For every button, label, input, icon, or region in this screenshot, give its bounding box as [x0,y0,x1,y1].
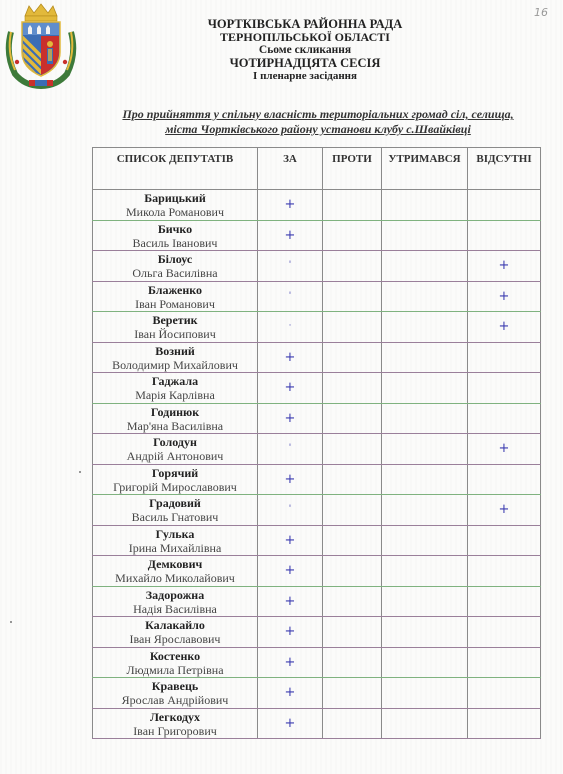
handwritten-mark: + [499,502,510,517]
table-row: ГодинюкМар'яна Василівна+ [93,403,541,434]
vote-against-cell [323,190,382,221]
vote-absent-cell [468,678,541,709]
deputy-name-cell: ГрадовийВасиль Гнатович [93,495,258,526]
vote-for-cell: + [258,586,323,617]
deputy-given-name: Ярослав Андрійович [93,693,257,707]
vote-for-cell: ' [258,434,323,465]
vote-absent-cell: + [468,495,541,526]
handwritten-mark: + [499,441,510,456]
vote-absent-cell: + [468,251,541,282]
deputy-surname: Барицький [93,190,257,205]
vote-against-cell [323,647,382,678]
vote-absent-cell [468,342,541,373]
vote-absent-cell [468,220,541,251]
handwritten-mark: + [285,533,296,548]
deputy-name-cell: КалакайлоІван Ярославович [93,617,258,648]
vote-against-cell [323,434,382,465]
vote-against-cell [323,708,382,739]
table-row: КравецьЯрослав Андрійович+ [93,678,541,709]
deputy-surname: Голодун [93,434,257,449]
handwritten-mark: ' [289,291,291,301]
handwritten-mark: + [285,380,296,395]
handwritten-mark: + [285,472,296,487]
handwritten-mark: + [285,228,296,243]
handwritten-mark: · [289,321,292,331]
table-row: ДемковичМихайло Миколайович+ [93,556,541,587]
vote-against-cell [323,556,382,587]
vote-for-cell: + [258,464,323,495]
vote-abstained-cell [382,403,468,434]
deputy-surname: Блаженко [93,282,257,297]
handwritten-mark: + [285,563,296,578]
deputy-given-name: Володимир Михайлович [93,358,257,372]
deputy-given-name: Іван Романович [93,297,257,311]
deputy-given-name: Марія Карлівна [93,388,257,402]
deputy-name-cell: ЛегкодухІван Григорович [93,708,258,739]
handwritten-mark: ' [289,443,291,453]
deputy-given-name: Василь Іванович [93,236,257,250]
handwritten-mark: + [499,258,510,273]
vote-absent-cell [468,464,541,495]
vote-against-cell [323,281,382,312]
vote-absent-cell [468,708,541,739]
vote-against-cell [323,403,382,434]
table-row: БілоусОльга Василівна'+ [93,251,541,282]
deputy-name-cell: ВеретикІван Йосипович [93,312,258,343]
vote-abstained-cell [382,708,468,739]
deputy-name-cell: ЗадорожнаНадія Василівна [93,586,258,617]
vote-absent-cell [468,403,541,434]
deputy-name-cell: КравецьЯрослав Андрійович [93,678,258,709]
table-row: БлаженкоІван Романович'+ [93,281,541,312]
vote-for-cell: + [258,190,323,221]
table-row: ГолодунАндрій Антонович'+ [93,434,541,465]
vote-absent-cell: + [468,281,541,312]
deputy-given-name: Андрій Антонович [93,449,257,463]
vote-for-cell: + [258,403,323,434]
deputy-surname: Білоус [93,251,257,266]
vote-abstained-cell [382,556,468,587]
deputy-name-cell: ВознийВолодимир Михайлович [93,342,258,373]
table-row: ГрадовийВасиль Гнатович'+ [93,495,541,526]
deputy-surname: Костенко [93,648,257,663]
vote-against-cell [323,678,382,709]
vote-abstained-cell [382,525,468,556]
deputy-name-cell: БілоусОльга Василівна [93,251,258,282]
vote-against-cell [323,617,382,648]
deputy-surname: Годинюк [93,404,257,419]
deputy-name-cell: ГорячийГригорій Мирославович [93,464,258,495]
table-row: БичкоВасиль Іванович+ [93,220,541,251]
table-row: БарицькийМикола Романович+ [93,190,541,221]
deputy-name-cell: БлаженкоІван Романович [93,281,258,312]
deputy-given-name: Ольга Василівна [93,266,257,280]
handwritten-mark: + [285,716,296,731]
vote-against-cell [323,373,382,404]
deputy-given-name: Василь Гнатович [93,510,257,524]
column-header-abstained: УТРИМАВСЯ [382,148,468,190]
deputy-surname: Легкодух [93,709,257,724]
vote-against-cell [323,495,382,526]
session-title: ЧОТИРНАДЦЯТА СЕСІЯ [150,57,460,70]
table-row: ВознийВолодимир Михайлович+ [93,342,541,373]
vote-abstained-cell [382,342,468,373]
vote-absent-cell [468,647,541,678]
handwritten-mark: + [499,289,510,304]
vote-for-cell: + [258,342,323,373]
handwritten-mark: + [285,685,296,700]
deputy-name-cell: ГаджалаМарія Карлівна [93,373,258,404]
deputy-given-name: Михайло Миколайович [93,571,257,585]
deputy-surname: Бичко [93,221,257,236]
handwritten-mark: + [285,411,296,426]
meeting-title: І пленарне засідання [150,70,460,83]
vote-for-cell: + [258,708,323,739]
vote-abstained-cell [382,586,468,617]
vote-abstained-cell [382,495,468,526]
page-number: 16 [534,6,548,19]
table-row: ГорячийГригорій Мирославович+ [93,464,541,495]
vote-absent-cell [468,373,541,404]
vote-abstained-cell [382,647,468,678]
vote-for-cell: + [258,373,323,404]
deputy-given-name: Іван Ярославович [93,632,257,646]
handwritten-mark: ' [289,504,291,514]
vote-for-cell: ' [258,251,323,282]
handwritten-mark: + [285,350,296,365]
vote-for-cell: ' [258,495,323,526]
table-header-row: СПИСОК ДЕПУТАТІВ ЗА ПРОТИ УТРИМАВСЯ ВІДС… [93,148,541,190]
region-name: ТЕРНОПІЛЬСЬКОЇ ОБЛАСТІ [150,31,460,44]
vote-absent-cell: + [468,312,541,343]
deputy-name-cell: ДемковичМихайло Миколайович [93,556,258,587]
deputy-name-cell: БичкоВасиль Іванович [93,220,258,251]
deputy-name-cell: КостенкоЛюдмила Петрівна [93,647,258,678]
coat-of-arms-icon [3,2,79,90]
vote-against-cell [323,220,382,251]
vote-for-cell: + [258,525,323,556]
vote-abstained-cell [382,617,468,648]
subject-line-1: Про прийняття у спільну власність терито… [96,107,540,122]
vote-for-cell: ' [258,281,323,312]
deputy-given-name: Іван Йосипович [93,327,257,341]
vote-abstained-cell [382,678,468,709]
table-row: КалакайлоІван Ярославович+ [93,617,541,648]
deputy-given-name: Григорій Мирославович [93,480,257,494]
vote-against-cell [323,342,382,373]
deputy-given-name: Надія Василівна [93,602,257,616]
vote-for-cell: · [258,312,323,343]
vote-abstained-cell [382,464,468,495]
deputy-given-name: Микола Романович [93,205,257,219]
vote-for-cell: + [258,617,323,648]
document-header: ЧОРТКІВСЬКА РАЙОННА РАДА ТЕРНОПІЛЬСЬКОЇ … [150,18,460,83]
resolution-subject: Про прийняття у спільну власність терито… [96,107,540,137]
deputy-surname: Кравець [93,678,257,693]
vote-absent-cell [468,586,541,617]
vote-for-cell: + [258,678,323,709]
subject-line-2: міста Чортківського району установи клуб… [96,122,540,137]
vote-against-cell [323,312,382,343]
column-header-deputies: СПИСОК ДЕПУТАТІВ [93,148,258,190]
deputy-surname: Гулька [93,526,257,541]
scan-speck [79,471,81,473]
handwritten-mark: ' [289,260,291,270]
vote-absent-cell [468,617,541,648]
vote-abstained-cell [382,220,468,251]
vote-against-cell [323,586,382,617]
vote-abstained-cell [382,373,468,404]
handwritten-mark: + [499,319,510,334]
vote-absent-cell [468,190,541,221]
deputy-given-name: Людмила Петрівна [93,663,257,677]
vote-for-cell: + [258,556,323,587]
vote-against-cell [323,464,382,495]
deputy-given-name: Іван Григорович [93,724,257,738]
deputy-surname: Задорожна [93,587,257,602]
vote-abstained-cell [382,251,468,282]
deputy-surname: Веретик [93,312,257,327]
handwritten-mark: + [285,197,296,212]
handwritten-mark: + [285,655,296,670]
vote-absent-cell [468,525,541,556]
column-header-against: ПРОТИ [323,148,382,190]
table-row: ЗадорожнаНадія Василівна+ [93,586,541,617]
vote-abstained-cell [382,312,468,343]
vote-abstained-cell [382,434,468,465]
table-row: ГулькаІрина Михайлівна+ [93,525,541,556]
deputy-name-cell: ГулькаІрина Михайлівна [93,525,258,556]
vote-table: СПИСОК ДЕПУТАТІВ ЗА ПРОТИ УТРИМАВСЯ ВІДС… [92,147,541,739]
deputy-given-name: Ірина Михайлівна [93,541,257,555]
column-header-absent: ВІДСУТНІ [468,148,541,190]
deputy-surname: Калакайло [93,617,257,632]
vote-absent-cell [468,556,541,587]
deputy-surname: Гаджала [93,373,257,388]
vote-against-cell [323,251,382,282]
handwritten-mark: + [285,594,296,609]
vote-against-cell [323,525,382,556]
table-row: КостенкоЛюдмила Петрівна+ [93,647,541,678]
deputy-given-name: Мар'яна Василівна [93,419,257,433]
deputy-surname: Демкович [93,556,257,571]
vote-for-cell: + [258,220,323,251]
handwritten-mark: + [285,624,296,639]
deputy-name-cell: БарицькийМикола Романович [93,190,258,221]
column-header-for: ЗА [258,148,323,190]
deputy-name-cell: ГолодунАндрій Антонович [93,434,258,465]
scan-speck [10,621,12,623]
vote-absent-cell: + [468,434,541,465]
table-row: ЛегкодухІван Григорович+ [93,708,541,739]
vote-for-cell: + [258,647,323,678]
deputy-surname: Градовий [93,495,257,510]
vote-abstained-cell [382,190,468,221]
deputy-surname: Горячий [93,465,257,480]
table-row: ВеретикІван Йосипович·+ [93,312,541,343]
table-row: ГаджалаМарія Карлівна+ [93,373,541,404]
deputy-name-cell: ГодинюкМар'яна Василівна [93,403,258,434]
deputy-surname: Возний [93,343,257,358]
vote-abstained-cell [382,281,468,312]
